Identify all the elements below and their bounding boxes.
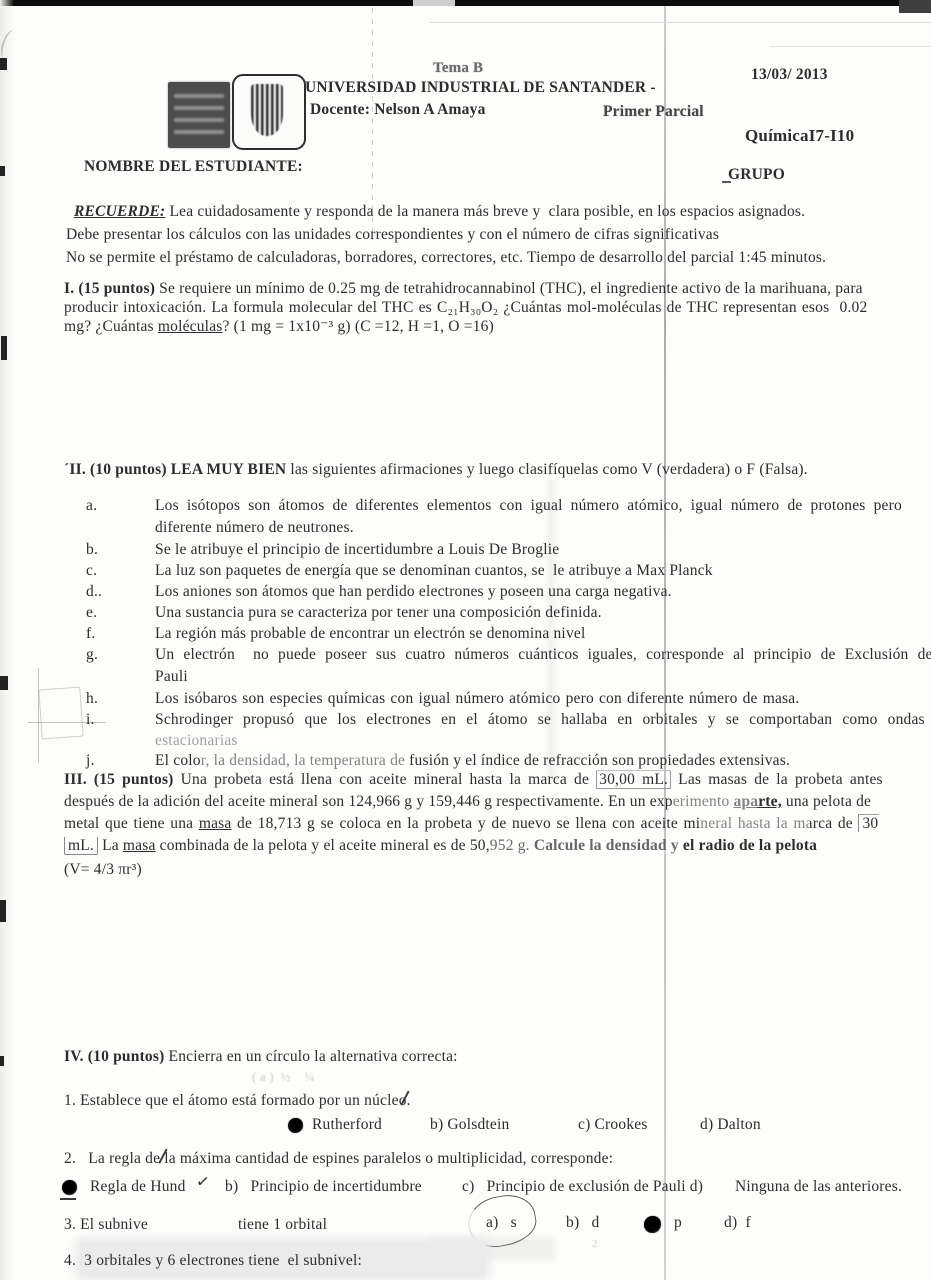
question-1-line-1: I. (15 puntos) Se requiere un mínimo de …: [64, 280, 863, 298]
question-1-text: mg? ¿Cuántas: [64, 318, 158, 335]
underlined-masa-2: masa: [123, 837, 156, 854]
exam-date: 13/03/ 2013: [751, 66, 828, 84]
scan-edge-mark: [0, 58, 7, 70]
mc-question-1-text: 1. Establece que el átomo está formado p…: [64, 1092, 411, 1110]
mc3-option-d: d) f: [724, 1214, 751, 1232]
item-letter: b.: [86, 541, 98, 559]
item-letter: h.: [86, 690, 98, 708]
mc3-option-c: p: [674, 1214, 682, 1232]
selected-answer-mark-a: [62, 1180, 77, 1195]
scan-smudge: [700, 816, 810, 832]
question-3-text: una pelota de: [782, 793, 871, 810]
instructions-line-2: Debe presentar los cálculos con las unid…: [66, 226, 719, 244]
scan-smudge: [672, 794, 757, 810]
instructions-line-3: No se permite el préstamo de calculadora…: [66, 249, 826, 267]
scan-left-shadow: [0, 0, 14, 1280]
scan-edge-mark: [0, 166, 5, 176]
item-f-text: La región más probable de encontrar un e…: [155, 625, 585, 643]
item-g-text-2: Pauli: [155, 668, 188, 686]
mc2-option-a: Regla de Hund: [90, 1178, 186, 1196]
checkmark-glyph: ✓: [195, 1173, 211, 1193]
pen-checkmark: ✓: [196, 1174, 210, 1192]
university-name: UNIVERSIDAD INDUSTRIAL DE SANTANDER -: [305, 79, 656, 97]
mc2-option-d: Ninguna de las anteriores.: [735, 1178, 902, 1196]
question-2-label: ´II. (10 puntos) LEA MUY BIEN: [64, 461, 286, 478]
pen-underline: [60, 1198, 76, 1200]
item-letter: i.: [86, 711, 95, 729]
item-a-text: Los isótopos son átomos de diferentes el…: [155, 497, 902, 515]
recuerde-label: RECUERDE:: [74, 203, 165, 220]
question-3-text: después de la adición del aceite mineral…: [64, 793, 734, 810]
mc3-option-a: a) s: [486, 1214, 517, 1232]
boxed-value-30ml: 30,00 mL.: [596, 770, 671, 789]
question-4-heading-text: Encierra en un círculo la alternativa co…: [164, 1048, 457, 1065]
scan-smudge: [200, 754, 410, 768]
item-letter: j.: [86, 752, 95, 770]
question-3-text: Las masas de la probeta antes: [671, 771, 883, 788]
item-h-text: Los isóbaros son especies químicas con i…: [155, 690, 799, 708]
selected-answer-mark-a: [288, 1118, 303, 1133]
item-letter: e.: [86, 604, 97, 622]
mc-question-3-text-b: tiene 1 orbital: [238, 1216, 327, 1234]
question-3-line-4: mL. La masa combinada de la pelota y el …: [64, 837, 817, 855]
mc2-option-c: c) Principio de exclusión de Pauli d): [462, 1178, 703, 1196]
instructions-text: Lea cuidadosamente y responda de la mane…: [165, 203, 805, 220]
mc3-option-b: b) d: [566, 1214, 600, 1232]
question-1-line-2: producir intoxicación. La formula molecu…: [64, 299, 867, 317]
question-1-label: I. (15 puntos): [64, 280, 155, 297]
item-d-text: Los aniones son átomos que han perdido e…: [155, 583, 672, 601]
mc1-option-c: c) Crookes: [578, 1116, 648, 1134]
question-3-formula: (V= 4/3 πr³): [64, 861, 142, 879]
question-4-heading: IV. (10 puntos) Encierra en un círculo l…: [64, 1048, 458, 1066]
question-1-text: ? (1 mg = 1x10⁻³ g) (C =12, H =1, O =16): [223, 318, 494, 335]
mc1-option-b: b) Golsdtein: [430, 1116, 509, 1134]
scan-edge-mark: [1, 336, 7, 360]
pencil-mark: [38, 668, 39, 763]
scan-edge-mark: [0, 1056, 4, 1066]
question-3-text: combinada de la pelota y el aceite miner…: [156, 837, 534, 854]
scan-top-edge: [0, 0, 931, 6]
student-name-label: NOMBRE DEL ESTUDIANTE:: [84, 158, 303, 176]
scan-smudge: [490, 839, 680, 854]
group-label: GRUPO: [728, 166, 785, 184]
mc-question-2-text: 2. La regla de la máxima cantidad de esp…: [64, 1150, 613, 1168]
item-letter: c.: [86, 562, 97, 580]
mc1-option-a: Rutherford: [312, 1116, 382, 1134]
teacher-name: Docente: Nelson A Amaya: [310, 101, 486, 119]
pencil-note: 2: [592, 1238, 598, 1251]
scan-corner-mark: [899, 0, 931, 13]
course-code: QuímicaI7-I10: [745, 126, 854, 146]
uis-shield-icon: [251, 84, 283, 136]
pencil-note: ( a ) ½ ¼: [252, 1070, 315, 1085]
exam-topic: Tema B: [433, 60, 483, 77]
question-1-text: moléculas: [158, 318, 223, 335]
scan-edge-mark: [0, 676, 8, 690]
mc-question-3-text: 3. El subnive: [64, 1216, 148, 1234]
whiteout-patch: [150, 734, 280, 751]
question-1-line-3: mg? ¿Cuántas moléculas? (1 mg = 1x10⁻³ g…: [64, 318, 494, 336]
item-a-text-2: diferente número de neutrones.: [155, 519, 354, 537]
question-4-label: IV. (10 puntos): [64, 1048, 164, 1065]
mc2-option-b: b) Principio de incertidumbre: [225, 1178, 422, 1196]
item-b-text: Se le atribuye el principio de incertidu…: [155, 541, 559, 559]
uis-logo: [232, 74, 306, 150]
item-letter: g.: [86, 646, 98, 664]
group-underscore: [722, 181, 731, 183]
item-letter: a.: [86, 497, 97, 515]
question-3-text: La: [98, 837, 123, 854]
question-1-text: Se requiere un mínimo de 0.25 mg de tetr…: [155, 280, 863, 297]
item-g-text: Un electrón no puede poseer sus cuatro n…: [155, 646, 931, 664]
ink-stamp-text: [174, 94, 224, 136]
scan-top-edge-gap: [413, 0, 455, 6]
crease-line: [770, 46, 931, 47]
instructions-line-1: RECUERDE: Lea cuidadosamente y responda …: [74, 203, 805, 221]
scan-edge-mark: [0, 900, 6, 922]
item-i-text: Schrodinger propusó que los electrones e…: [155, 711, 925, 729]
boxed-value-ml: mL.: [64, 837, 98, 855]
mc1-option-d: d) Dalton: [700, 1116, 761, 1134]
scanned-exam-page: Tema B UNIVERSIDAD INDUSTRIAL DE SANTAND…: [0, 0, 931, 1280]
item-letter: d..: [86, 583, 102, 601]
boxed-value-30: 30: [858, 814, 879, 832]
item-e-text: Una sustancia pura se caracteriza por te…: [155, 604, 602, 622]
selected-answer-mark-c: [644, 1216, 661, 1233]
underlined-masa: masa: [199, 815, 232, 832]
exam-type: Primer Parcial: [603, 103, 704, 121]
question-3-line-1: III. (15 puntos) Una probeta está llena …: [64, 771, 883, 789]
question-3-text: Una probeta está llena con aceite minera…: [174, 771, 597, 788]
question-2-heading: ´II. (10 puntos) LEA MUY BIEN las siguie…: [64, 461, 808, 479]
page-fold-line: [664, 6, 666, 1280]
item-c-text: La luz son paquetes de energía que se de…: [155, 562, 713, 580]
ink-stamp: [168, 82, 230, 148]
mc-question-4-text: 4. 3 orbitales y 6 electrones tiene el s…: [64, 1252, 362, 1270]
question-3-text: metal que tiene una: [64, 815, 199, 832]
question-2-heading-text: las siguientes afirmaciones y luego clas…: [286, 461, 808, 478]
crease-line: [430, 22, 931, 23]
pencil-mark: [38, 687, 83, 740]
question-3-label: III. (15 puntos): [64, 771, 174, 788]
item-letter: f.: [86, 625, 95, 643]
